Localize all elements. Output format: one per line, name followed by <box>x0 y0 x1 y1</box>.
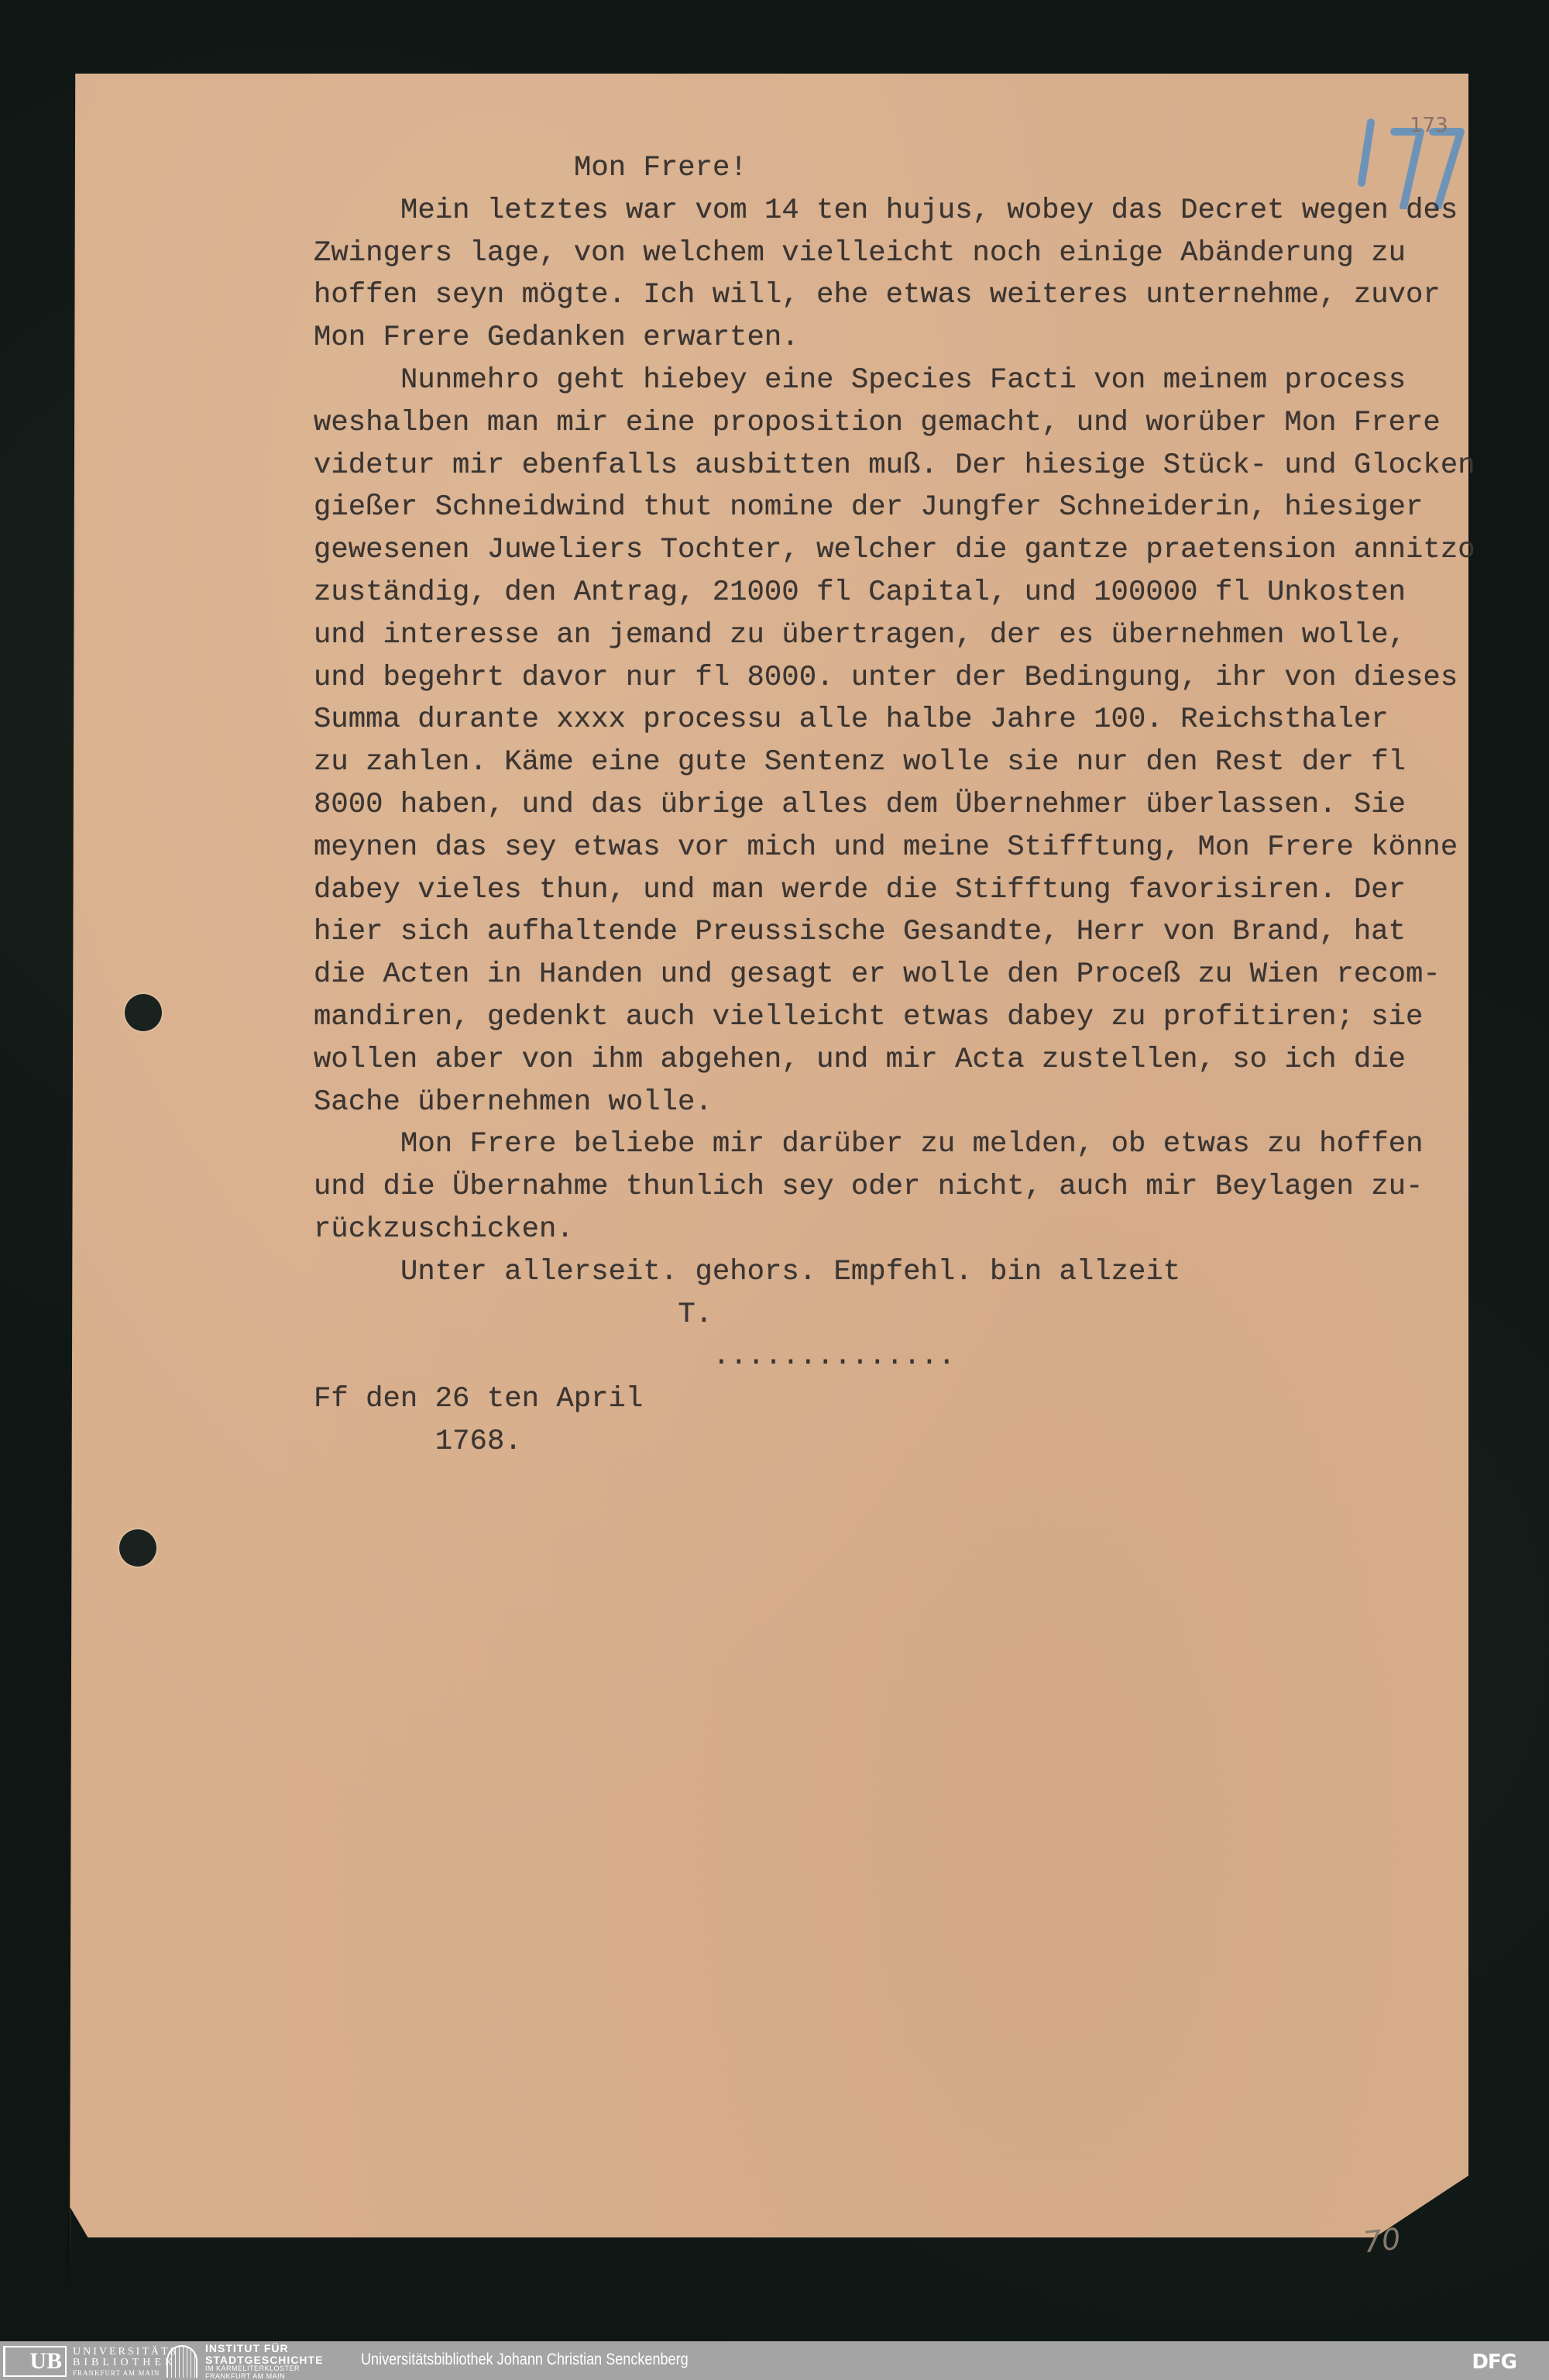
letter-line: Summa durante xxxx processu alle halbe J… <box>314 699 1389 741</box>
letter-line: und die Übernahme thunlich sey oder nich… <box>314 1166 1423 1209</box>
page-number-pencil: 70 <box>1362 2222 1403 2260</box>
institution-name: Universitätsbibliothek Johann Christian … <box>361 2351 689 2369</box>
letter-line: meynen das sey etwas vor mich und meine … <box>314 827 1458 869</box>
isg-logo-line2: STADTGESCHICHTE <box>205 2354 323 2366</box>
punch-hole-upper <box>125 994 162 1031</box>
letter-line: Mon Frere beliebe mir darüber zu melden,… <box>400 1123 1424 1166</box>
letter-line: wollen aber von ihm abgehen, und mir Act… <box>314 1039 1406 1082</box>
letter-line: Mein letztes war vom 14 ten hujus, wobey… <box>400 190 1458 232</box>
letter-line: .............. <box>713 1336 955 1378</box>
ub-logo[interactable]: UB UNIVERSITÄTS BIBLIOTHEK FRANKFURT AM … <box>3 2345 178 2378</box>
letter-line: 1768. <box>435 1421 522 1463</box>
isg-logo-line4: FRANKFURT AM MAIN <box>205 2373 323 2380</box>
ub-emblem-icon: UB <box>3 2346 67 2377</box>
letter-line: rückzuschicken. <box>314 1209 574 1251</box>
letter-line: Ff den 26 ten April <box>314 1378 643 1421</box>
letter-line: zuständig, den Antrag, 21000 fl Capital,… <box>314 572 1406 614</box>
isg-logo-line1: INSTITUT FÜR <box>205 2343 323 2354</box>
letter-line: Mon Frere Gedanken erwarten. <box>314 317 799 359</box>
letter-line: hier sich aufhaltende Preussische Gesand… <box>314 911 1406 954</box>
letter-line: die Acten in Handen und gesagt er wolle … <box>314 954 1441 996</box>
punch-hole-lower <box>119 1529 156 1567</box>
letter-line: Unter allerseit. gehors. Empfehl. bin al… <box>400 1251 1180 1294</box>
letter-line: Mon Frere! <box>574 147 747 190</box>
letter-line: 8000 haben, und das übrige alles dem Übe… <box>314 784 1406 827</box>
ub-logo-line2: BIBLIOTHEK <box>73 2358 178 2368</box>
letter-line: Zwingers lage, von welchem vielleicht no… <box>314 232 1406 275</box>
letter-line: videtur mir ebenfalls ausbitten muß. Der… <box>314 445 1475 487</box>
dfg-logo[interactable]: DFG <box>1472 2351 1516 2374</box>
ub-logo-line1: UNIVERSITÄTS <box>73 2347 178 2358</box>
letter-line: hoffen seyn mögte. Ich will, ehe etwas w… <box>314 274 1441 317</box>
letter-line: gießer Schneidwind thut nomine der Jungf… <box>314 487 1423 529</box>
letter-line: gewesenen Juweliers Tochter, welcher die… <box>314 529 1475 572</box>
ub-logo-line3: FRANKFURT AM MAIN <box>73 2370 178 2377</box>
footer-bar: UB UNIVERSITÄTS BIBLIOTHEK FRANKFURT AM … <box>0 2341 1549 2380</box>
letter-line: dabey vieles thun, und man werde die Sti… <box>314 869 1406 912</box>
isg-logo[interactable]: INSTITUT FÜR STADTGESCHICHTE IM KARMELIT… <box>167 2344 323 2378</box>
letter-line: und interesse an jemand zu übertragen, d… <box>314 614 1406 657</box>
letter-line: weshalben man mir eine proposition gemac… <box>314 402 1441 445</box>
letter-line: T. <box>678 1294 713 1336</box>
letter-line: Sache übernehmen wolle. <box>314 1082 713 1124</box>
letter-line: mandiren, gedenkt auch vielleicht etwas … <box>314 996 1423 1039</box>
folio-number-small: 173 <box>1410 114 1448 137</box>
letter-line: zu zahlen. Käme eine gute Sentenz wolle … <box>314 741 1406 784</box>
gothic-arch-icon <box>167 2345 197 2378</box>
letter-line: Nunmehro geht hiebey eine Species Facti … <box>400 359 1406 402</box>
letter-line: und begehrt davor nur fl 8000. unter der… <box>314 657 1458 700</box>
